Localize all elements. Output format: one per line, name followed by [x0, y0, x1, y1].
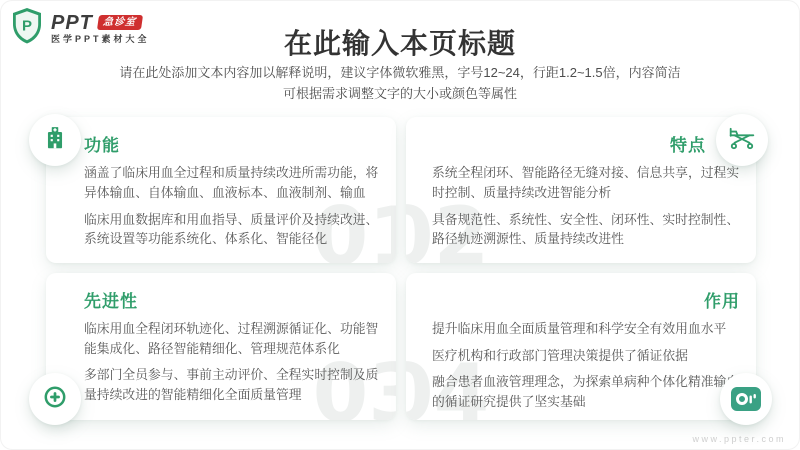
card-function-paragraph: 临床用血数据库和用血指导、质量评价及持续改进、系统设置等功能系统化、体系化、智能… — [84, 210, 380, 250]
card-features-title: 特点 — [432, 131, 740, 156]
card-role-paragraph: 融合患者血液管理理念，为探索单病种个体化精准输血的循证研究提供了坚实基础 — [432, 372, 740, 412]
card-role-body: 提升临床用血全面质量管理和科学安全有效用血水平 医疗机构和行政部门管理决策提供了… — [432, 319, 740, 412]
card-features: 02 特点 系统全程闭环、智能路径无缝对接 — [406, 117, 756, 263]
hospital-icon — [42, 125, 68, 156]
card-features-paragraph: 具备规范性、系统性、安全性、闭环性、实时控制性、路径轨迹溯源性、质量持续改进性 — [432, 210, 740, 250]
card-function: 01 功能 涵盖了临床用血全过程和质量持续 — [46, 117, 396, 263]
content-grid: 01 功能 涵盖了临床用血全过程和质量持续 — [46, 117, 756, 420]
hospital-bed-icon — [728, 125, 756, 156]
card-features-body: 系统全程闭环、智能路径无缝对接、信息共享，过程实时控制、质量持续改进智能分析 具… — [432, 163, 740, 249]
card-advancement-paragraph: 临床用血全程闭环轨迹化、过程溯源循证化、功能智能集成化、路径智能精细化、管理规范… — [84, 319, 380, 359]
website-watermark: www.ppter.com — [692, 434, 786, 444]
card-advancement-title: 先进性 — [84, 287, 380, 312]
hospital-icon-badge — [29, 114, 81, 166]
card-advancement-body: 临床用血全程闭环轨迹化、过程溯源循证化、功能智能集成化、路径智能精细化、管理规范… — [84, 319, 380, 405]
page-subtitle: 请在此处添加文本内容加以解释说明，建议字体微软雅黑，字号12~24，行距1.2~… — [0, 63, 800, 105]
card-advancement: 03 先进性 临床用血全程闭环轨迹化、过程溯源循证化、功能智能集成化、路径智能精… — [46, 273, 396, 420]
circle-plus-icon-badge — [29, 373, 81, 425]
hospital-bed-icon-badge — [716, 114, 768, 166]
circle-plus-icon — [42, 384, 68, 415]
card-features-paragraph: 系统全程闭环、智能路径无缝对接、信息共享，过程实时控制、质量持续改进智能分析 — [432, 163, 740, 203]
page-title: 在此输入本页标题 — [0, 22, 800, 62]
card-role-paragraph: 提升临床用血全面质量管理和科学安全有效用血水平 — [432, 319, 740, 339]
subtitle-line-2: 可根据需求调整文字的大小或颜色等属性 — [0, 84, 800, 105]
card-advancement-paragraph: 多部门全员参与、事前主动评价、全程实时控制及质量持续改进的智能精细化全面质量管理 — [84, 365, 380, 405]
card-role-paragraph: 医疗机构和行政部门管理决策提供了循证依据 — [432, 346, 740, 366]
medical-device-icon — [731, 387, 761, 411]
slide-background: P PPT 急诊室 医学PPT素材大全 在此输入本页标题 请在此处添加文本内容加… — [0, 0, 800, 450]
card-function-paragraph: 涵盖了临床用血全过程和质量持续改进所需功能，将异体输血、自体输血、血液标本、血液… — [84, 163, 380, 203]
card-function-body: 涵盖了临床用血全过程和质量持续改进所需功能，将异体输血、自体输血、血液标本、血液… — [84, 163, 380, 249]
medical-device-icon-badge — [720, 373, 772, 425]
subtitle-line-1: 请在此处添加文本内容加以解释说明，建议字体微软雅黑，字号12~24，行距1.2~… — [0, 63, 800, 84]
card-function-title: 功能 — [84, 131, 380, 156]
card-role: 04 作用 提升临床用血全面质量管理和科学安全有效用血水平 医疗机构和行政部门管… — [406, 273, 756, 420]
card-role-title: 作用 — [432, 287, 740, 312]
